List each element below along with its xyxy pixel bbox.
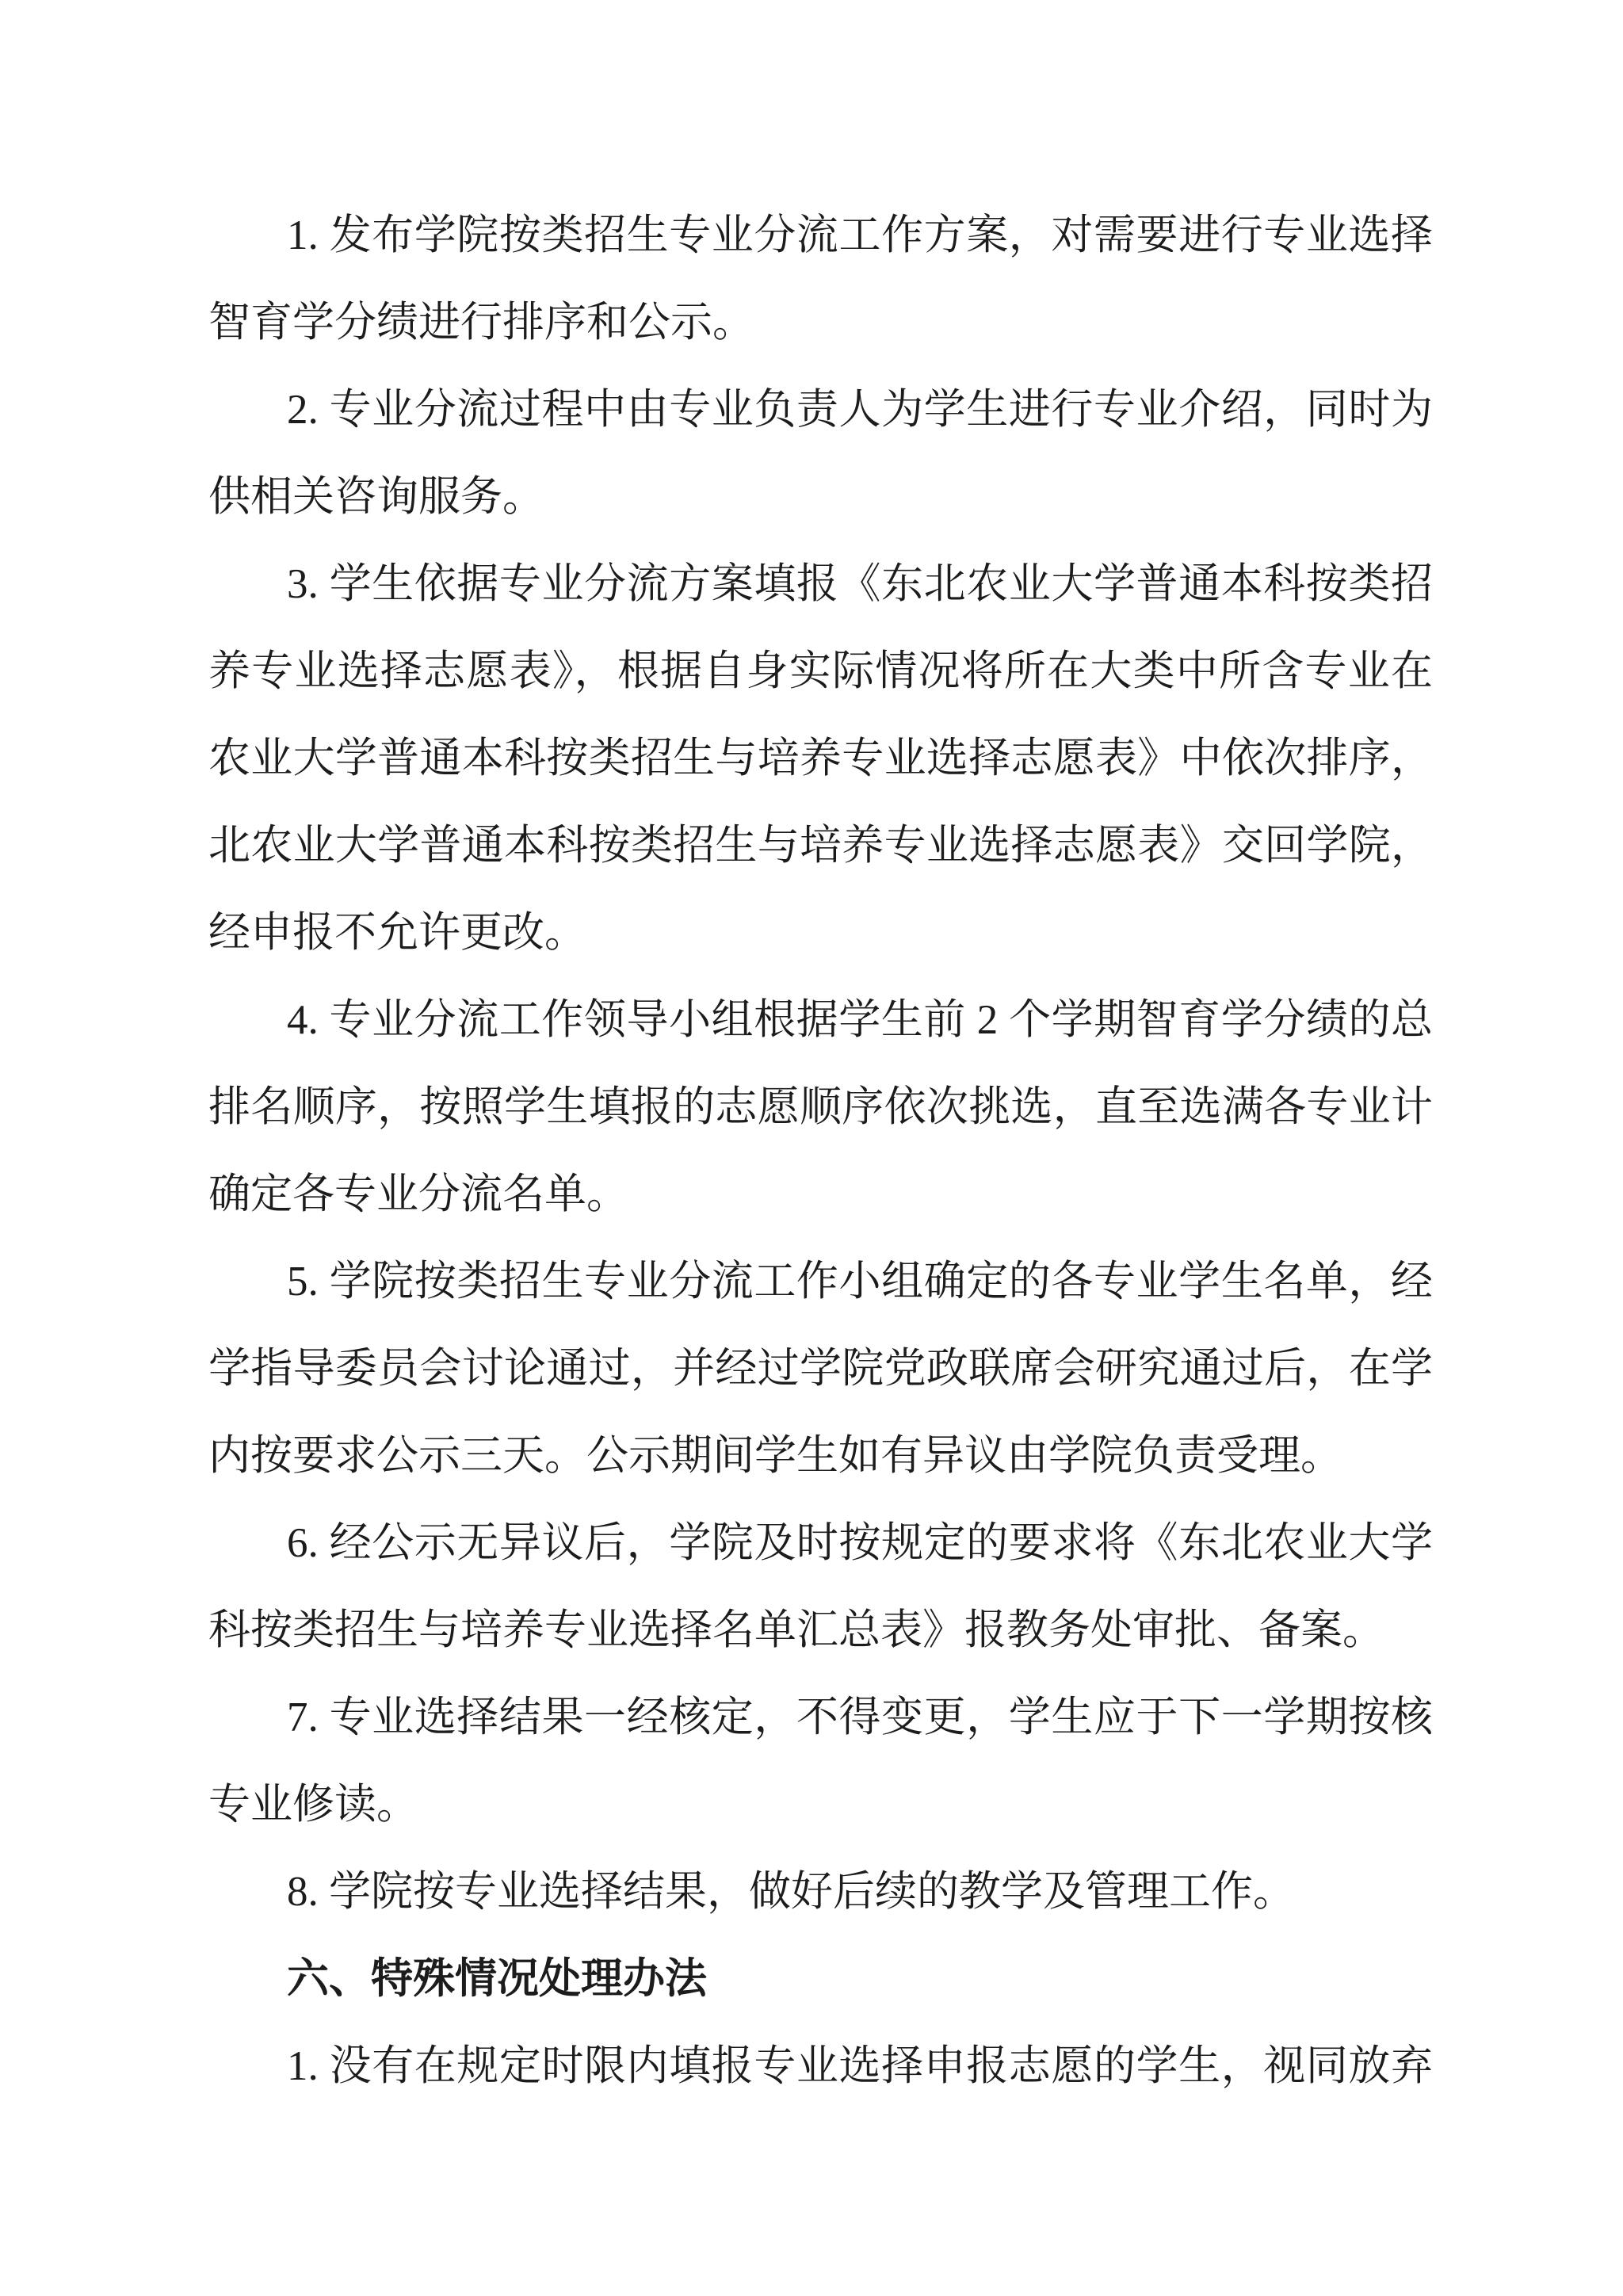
paragraph-5-line-2: 学指导委员会讨论通过，并经过学院党政联席会研究通过后，在学院范围 [208,1325,1433,1412]
paragraph-1-line-1: 1. 发布学院按类招生专业分流工作方案，对需要进行专业选择的学生 [208,192,1433,279]
paragraph-9-line-1: 1. 没有在规定时限内填报专业选择申报志愿的学生，视同放弃专业选 [208,2023,1433,2110]
paragraph-3-line-5: 经申报不允许更改。 [208,889,1433,976]
paragraph-2-line-1: 2. 专业分流过程中由专业负责人为学生进行专业介绍，同时为学生提 [208,366,1433,453]
document-page: 1. 发布学院按类招生专业分流工作方案，对需要进行专业选择的学生 智育学分绩进行… [0,0,1623,2296]
paragraph-6-line-2: 科按类招生与培养专业选择名单汇总表》报教务处审批、备案。 [208,1587,1433,1674]
paragraph-3-line-1: 3. 学生依据专业分流方案填报《东北农业大学普通本科按类招生与培 [208,541,1433,628]
paragraph-5-line-3: 内按要求公示三天。公示期间学生如有异议由学院负责受理。 [208,1412,1433,1499]
section-heading: 六、特殊情况处理办法 [208,1935,1433,2023]
paragraph-4-line-3: 确定各专业分流名单。 [208,1151,1433,1238]
paragraph-2-line-2: 供相关咨询服务。 [208,453,1433,541]
paragraph-7-line-1: 7. 专业选择结果一经核定，不得变更，学生应于下一学期按核定后的 [208,1674,1433,1761]
paragraph-4-line-2: 排名顺序，按照学生填报的志愿顺序依次挑选，直至选满各专业计划人数， [208,1064,1433,1151]
paragraph-3-line-4: 北农业大学普通本科按类招生与培养专业选择志愿表》交回学院，志愿一 [208,802,1433,889]
paragraph-3-line-2: 养专业选择志愿表》，根据自身实际情况将所在大类中所含专业在《东北 [208,628,1433,715]
paragraph-3-line-3: 农业大学普通本科按类招生与培养专业选择志愿表》中依次排序，并将《东 [208,715,1433,802]
document-body: 1. 发布学院按类招生专业分流工作方案，对需要进行专业选择的学生 智育学分绩进行… [208,192,1433,2110]
paragraph-5-line-1: 5. 学院按类招生专业分流工作小组确定的各专业学生名单，经学院教 [208,1238,1433,1325]
paragraph-1-line-2: 智育学分绩进行排序和公示。 [208,279,1433,366]
paragraph-7-line-2: 专业修读。 [208,1761,1433,1848]
paragraph-8-line-1: 8. 学院按专业选择结果，做好后续的教学及管理工作。 [208,1848,1433,1935]
paragraph-4-line-1: 4. 专业分流工作领导小组根据学生前 2 个学期智育学分绩的总成绩 [208,976,1433,1064]
paragraph-6-line-1: 6. 经公示无异议后，学院及时按规定的要求将《东北农业大学普通本 [208,1499,1433,1587]
